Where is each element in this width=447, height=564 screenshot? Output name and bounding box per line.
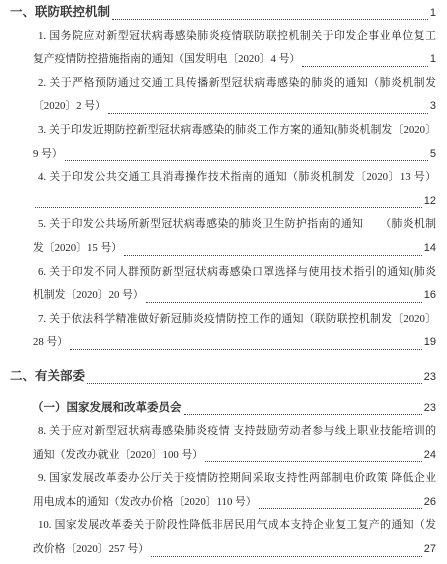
- entry-text: 28 号）: [33, 331, 68, 355]
- toc-line: 二、有关部委23: [10, 365, 436, 389]
- toc-line: 9. 国家发展改革委办公厅关于疫情防控期间采取支持性两部制电价政策 降低企业: [33, 467, 436, 491]
- toc-line: 〔2020〕2 号）3: [33, 95, 436, 119]
- toc-entry: 6. 关于印发不同人群预防新型冠状病毒感染口罩选择与使用技术指引的通知(肺炎机制…: [33, 261, 436, 308]
- dot-leader: [108, 113, 428, 114]
- entry-text: 3. 关于印发近期防控新型冠状病毒感染的肺炎工作方案的通知(肺炎机制发〔2020…: [38, 124, 436, 136]
- toc-entry: 9. 国家发展改革委办公厅关于疫情防控期间采取支持性两部制电价政策 降低企业用电…: [33, 467, 436, 514]
- dot-leader: [146, 302, 422, 303]
- toc-line: 机制发〔2020〕20 号）16: [33, 284, 436, 308]
- toc-entry: 10. 国家发展改革委关于阶段性降低非居民用气成本支持企业复工复产的通知（发改价…: [33, 514, 436, 561]
- page-number: 14: [424, 237, 436, 261]
- entry-text: 发〔2020〕15 号）: [33, 237, 122, 261]
- toc-line: 10. 国家发展改革委关于阶段性降低非居民用气成本支持企业复工复产的通知（发: [33, 514, 436, 538]
- entry-text: 2. 关于严格预防通过交通工具传播新型冠状病毒感染的肺炎的通知（肺炎机制发: [38, 77, 436, 89]
- dot-leader: [70, 349, 422, 350]
- entry-text: 5. 关于印发公共场所新型冠状病毒感染的肺炎卫生防护指南的通知 （肺炎机制: [38, 218, 436, 230]
- entry-text: 10. 国家发展改革委关于阶段性降低非居民用气成本支持企业复工复产的通知（发: [38, 519, 436, 531]
- dot-leader: [65, 160, 428, 161]
- dot-leader: [35, 207, 422, 208]
- entry-text: 4. 关于印发公共交通工具消毒操作技术指南的通知（肺炎机制发〔2020〕13 号…: [38, 171, 436, 183]
- entry-text: 通知（发改办就业〔2020〕100 号）: [33, 444, 203, 468]
- toc-entry: 2. 关于严格预防通过交通工具传播新型冠状病毒感染的肺炎的通知（肺炎机制发〔20…: [33, 72, 436, 119]
- page-number: 1: [430, 2, 436, 25]
- entry-text: 机制发〔2020〕20 号）: [33, 284, 144, 308]
- entry-text: 复产疫情防控措施指南的通知（国发明电〔2020〕4 号）: [33, 48, 300, 72]
- page-number: 19: [424, 331, 436, 355]
- toc-entry: 8. 关于应对新型冠状病毒感染肺炎疫情 支持鼓励劳动者参与线上职业技能培训的通知…: [33, 420, 436, 467]
- toc-line: 2. 关于严格预防通过交通工具传播新型冠状病毒感染的肺炎的通知（肺炎机制发: [33, 72, 436, 96]
- toc-line: 12: [33, 190, 436, 214]
- dot-leader: [151, 556, 422, 557]
- toc-line: 3. 关于印发近期防控新型冠状病毒感染的肺炎工作方案的通知(肺炎机制发〔2020…: [33, 119, 436, 143]
- dot-leader: [124, 255, 422, 256]
- page-number: 3: [430, 95, 436, 119]
- page-number: 1: [430, 48, 436, 72]
- page-number: 5: [430, 143, 436, 167]
- toc-line: 6. 关于印发不同人群预防新型冠状病毒感染口罩选择与使用技术指引的通知(肺炎: [33, 261, 436, 285]
- entry-text: （一）国家发展和改革委员会: [32, 397, 182, 421]
- toc-entry: （一）国家发展和改革委员会23: [32, 397, 436, 421]
- entry-text: 二、有关部委: [10, 365, 85, 389]
- page-number: 26: [424, 491, 436, 515]
- dot-leader: [205, 461, 422, 462]
- entry-text: 用电成本的通知（发改办价格〔2020〕110 号）: [33, 491, 257, 515]
- page-number: 27: [424, 538, 436, 562]
- dot-leader: [87, 383, 422, 384]
- page-number: 12: [424, 190, 436, 214]
- entry-text: 改价格〔2020〕257 号）: [33, 538, 149, 562]
- toc-line: 7. 关于依法科学精准做好新冠肺炎疫情防控工作的通知（联防联控机制发〔2020〕: [33, 308, 436, 332]
- toc-entry: 7. 关于依法科学精准做好新冠肺炎疫情防控工作的通知（联防联控机制发〔2020〕…: [33, 308, 436, 355]
- dot-leader: [184, 414, 422, 415]
- toc-line: 发〔2020〕15 号）14: [33, 237, 436, 261]
- page-number: 23: [424, 397, 436, 421]
- entry-text: 9. 国家发展改革委办公厅关于疫情防控期间采取支持性两部制电价政策 降低企业: [38, 472, 436, 484]
- toc-line: （一）国家发展和改革委员会23: [32, 397, 436, 421]
- toc-line: 改价格〔2020〕257 号）27: [33, 538, 436, 562]
- toc-line: 28 号）19: [33, 331, 436, 355]
- toc-line: 一、联防联控机制1: [10, 1, 436, 25]
- toc-entry: 一、联防联控机制1: [10, 1, 436, 25]
- toc-entry: 3. 关于印发近期防控新型冠状病毒感染的肺炎工作方案的通知(肺炎机制发〔2020…: [33, 119, 436, 166]
- page-number: 24: [424, 444, 436, 468]
- toc-line: 用电成本的通知（发改办价格〔2020〕110 号）26: [33, 491, 436, 515]
- dot-leader: [112, 19, 428, 20]
- entry-text: 8. 关于应对新型冠状病毒感染肺炎疫情 支持鼓励劳动者参与线上职业技能培训的: [38, 425, 436, 437]
- document-page: 一、联防联控机制11. 国务院应对新型冠状病毒感染肺炎疫情联防联控机制关于印发企…: [0, 0, 447, 564]
- toc-entry: 1. 国务院应对新型冠状病毒感染肺炎疫情联防联控机制关于印发企事业单位复工复产疫…: [33, 25, 436, 72]
- toc-entry: 5. 关于印发公共场所新型冠状病毒感染的肺炎卫生防护指南的通知 （肺炎机制发〔2…: [33, 213, 436, 260]
- toc-line: 5. 关于印发公共场所新型冠状病毒感染的肺炎卫生防护指南的通知 （肺炎机制: [33, 213, 436, 237]
- toc-line: 4. 关于印发公共交通工具消毒操作技术指南的通知（肺炎机制发〔2020〕13 号…: [33, 166, 436, 190]
- entry-text: 9 号）: [33, 143, 63, 167]
- toc-line: 9 号）5: [33, 143, 436, 167]
- toc-line: 复产疫情防控措施指南的通知（国发明电〔2020〕4 号）1: [33, 48, 436, 72]
- toc-line: 通知（发改办就业〔2020〕100 号）24: [33, 444, 436, 468]
- toc-line: 8. 关于应对新型冠状病毒感染肺炎疫情 支持鼓励劳动者参与线上职业技能培训的: [33, 420, 436, 444]
- entry-text: 7. 关于依法科学精准做好新冠肺炎疫情防控工作的通知（联防联控机制发〔2020〕: [38, 313, 436, 325]
- toc-entry: 二、有关部委23: [10, 365, 436, 389]
- page-number: 16: [424, 284, 436, 308]
- toc-line: 1. 国务院应对新型冠状病毒感染肺炎疫情联防联控机制关于印发企事业单位复工: [33, 25, 436, 49]
- entry-text: 1. 国务院应对新型冠状病毒感染肺炎疫情联防联控机制关于印发企事业单位复工: [38, 30, 436, 42]
- entry-text: 6. 关于印发不同人群预防新型冠状病毒感染口罩选择与使用技术指引的通知(肺炎: [38, 266, 436, 278]
- page-number: 23: [424, 366, 436, 389]
- entry-text: 〔2020〕2 号）: [33, 95, 106, 119]
- dot-leader: [302, 66, 428, 67]
- toc-entry: 4. 关于印发公共交通工具消毒操作技术指南的通知（肺炎机制发〔2020〕13 号…: [33, 166, 436, 213]
- toc-list: 一、联防联控机制11. 国务院应对新型冠状病毒感染肺炎疫情联防联控机制关于印发企…: [10, 1, 436, 562]
- dot-leader: [259, 508, 422, 509]
- entry-text: 一、联防联控机制: [10, 1, 110, 25]
